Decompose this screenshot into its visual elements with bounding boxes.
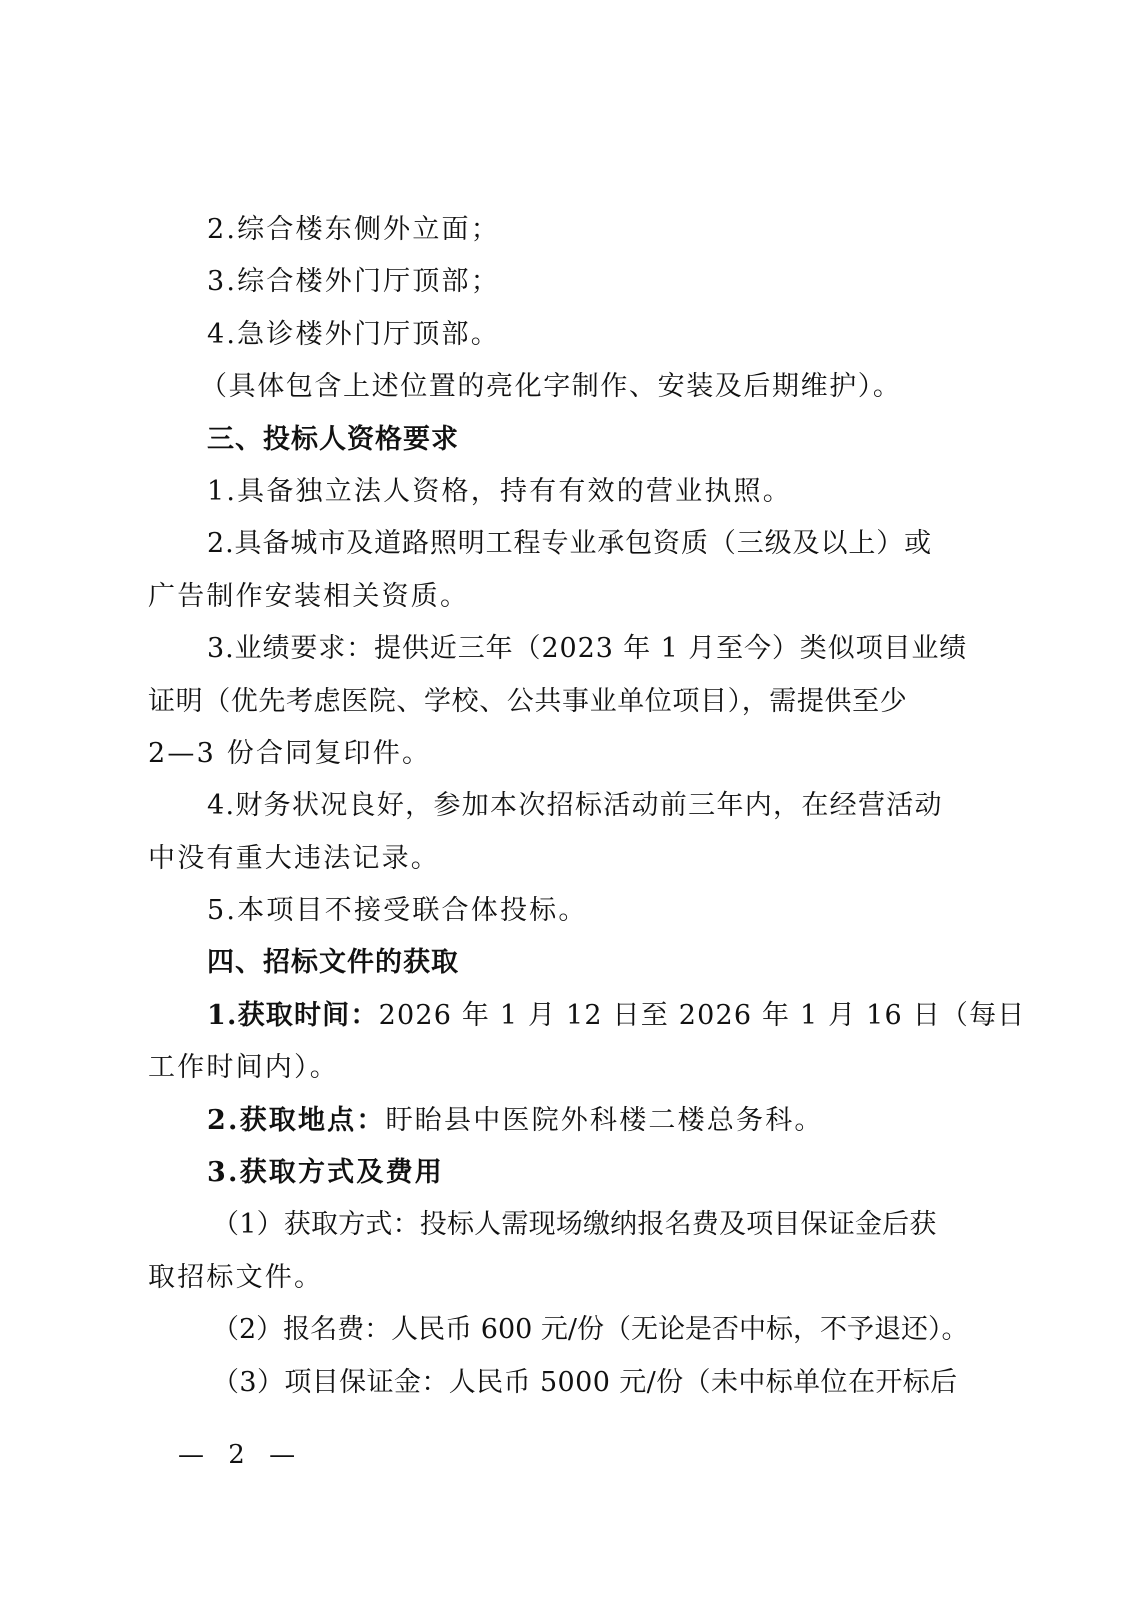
acquisition-location-value: 盱眙县中医院外科楼二楼总务科。 (386, 1105, 824, 1136)
acquisition-location-label: 2.获取地点： (207, 1105, 386, 1136)
qualification-item-3-line2: 证明（优先考虑医院、学校、公共事业单位项目），需提供至少 (148, 676, 974, 728)
qualification-item-3-line3: 2—3 份合同复印件。 (148, 728, 974, 780)
scope-note: （具体包含上述位置的亮化字制作、安装及后期维护）。 (148, 361, 974, 413)
acquisition-method-heading: 3.获取方式及费用 (148, 1147, 974, 1199)
qualification-item-4-line1: 4.财务状况良好，参加本次招标活动前三年内，在经营活动 (148, 780, 974, 832)
scope-item-3: 3.综合楼外门厅顶部； (148, 256, 974, 308)
scope-item-4: 4.急诊楼外门厅顶部。 (148, 309, 974, 361)
section-3-heading: 三、投标人资格要求 (148, 414, 974, 466)
qualification-item-1: 1.具备独立法人资格，持有有效的营业执照。 (148, 466, 974, 518)
registration-fee: （2）报名费：人民币 600 元/份（无论是否中标，不予退还）。 (148, 1304, 974, 1356)
acquisition-time-value: 2026 年 1 月 12 日至 2026 年 1 月 16 日（每日 (379, 1000, 1026, 1031)
acquisition-method-line1: （1）获取方式：投标人需现场缴纳报名费及项目保证金后获 (148, 1199, 974, 1251)
acquisition-time-line1: 1.获取时间：2026 年 1 月 12 日至 2026 年 1 月 16 日（… (148, 990, 974, 1042)
acquisition-time-line2: 工作时间内）。 (148, 1042, 974, 1094)
project-deposit: （3）项目保证金：人民币 5000 元/份（未中标单位在开标后 (148, 1357, 974, 1409)
document-body: 2.综合楼东侧外立面； 3.综合楼外门厅顶部； 4.急诊楼外门厅顶部。 （具体包… (148, 204, 974, 1409)
qualification-item-2-line1: 2.具备城市及道路照明工程专业承包资质（三级及以上）或 (148, 518, 974, 570)
acquisition-method-line2: 取招标文件。 (148, 1252, 974, 1304)
qualification-item-2-line2: 广告制作安装相关资质。 (148, 571, 974, 623)
page-number: — 2 — (178, 1440, 303, 1470)
scope-item-2: 2.综合楼东侧外立面； (148, 204, 974, 256)
acquisition-time-label: 1.获取时间： (207, 1000, 379, 1031)
acquisition-location: 2.获取地点：盱眙县中医院外科楼二楼总务科。 (148, 1095, 974, 1147)
document-page: 2.综合楼东侧外立面； 3.综合楼外门厅顶部； 4.急诊楼外门厅顶部。 （具体包… (0, 0, 1131, 1600)
qualification-item-5: 5.本项目不接受联合体投标。 (148, 885, 974, 937)
section-4-heading: 四、招标文件的获取 (148, 937, 974, 989)
qualification-item-3-line1: 3.业绩要求：提供近三年（2023 年 1 月至今）类似项目业绩 (148, 623, 974, 675)
qualification-item-4-line2: 中没有重大违法记录。 (148, 833, 974, 885)
